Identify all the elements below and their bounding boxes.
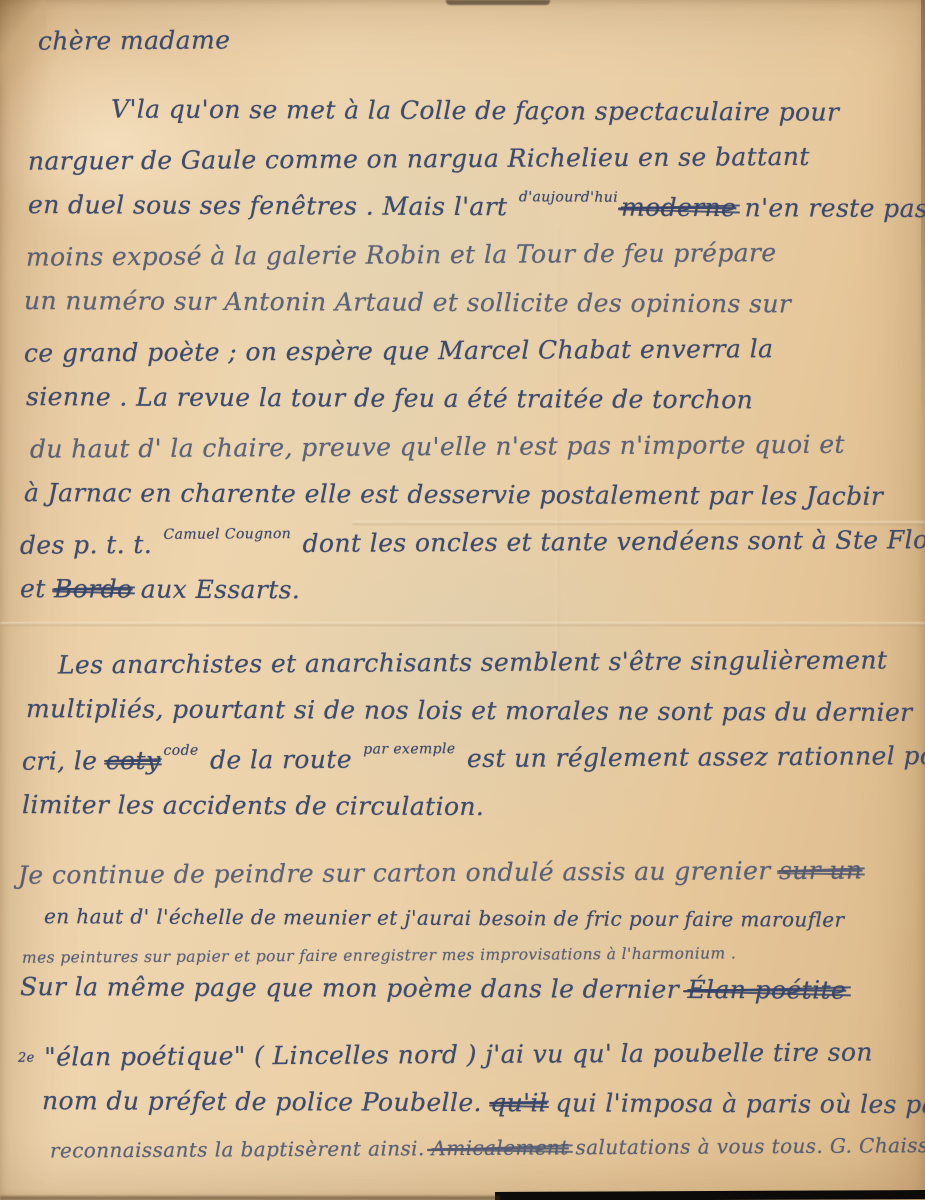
letter-line: en haut d' l'échelle de meunier et j'aur… [16, 904, 911, 948]
letter-line: des p. t. t. Camuel Cougnon dont les onc… [16, 525, 911, 578]
letter-line: limiter les accidents de circulation. [16, 790, 911, 842]
text-segment: en haut d' l'échelle de meunier et j'aur… [44, 904, 845, 931]
interline-insertion: Camuel Cougnon [163, 526, 291, 543]
strikethrough-text: Amicalement [431, 1135, 568, 1160]
text-segment: des p. t. t. [20, 530, 161, 560]
letter-line: et Bordo aux Essarts. [16, 574, 911, 626]
text-segment: cri, le [22, 746, 106, 776]
text-segment: un numéro sur Antonin Artaud et sollicit… [24, 286, 791, 318]
text-segment: du haut d' la chaire, preuve qu'elle n'e… [30, 430, 845, 464]
letter-page: chère madameV'la qu'on se met à la Colle… [0, 0, 925, 1200]
letter-line: ce grand poète ; on espère que Marcel Ch… [16, 333, 911, 386]
interline-insertion: par exemple [363, 741, 455, 758]
text-segment: dont les oncles et tante vendéens sont à… [294, 525, 925, 558]
text-segment: n'en reste pas [736, 193, 925, 223]
strikethrough-text: sur un [779, 856, 863, 886]
letter-line: reconnaissants la baptisèrent ainsi. Ami… [16, 1133, 911, 1178]
letter-line: chère madame [16, 21, 911, 74]
strikethrough-text: qu'il [490, 1088, 547, 1117]
letter-line: multipliés, pourtant si de nos lois et m… [16, 694, 911, 746]
strikethrough-text: moderne [621, 193, 736, 223]
letter-line: Je continue de peindre sur carton ondulé… [16, 855, 911, 908]
text-segment: de la route [202, 745, 361, 775]
interline-insertion: code [163, 743, 198, 759]
text-segment: ce grand poète ; on espère que Marcel Ch… [24, 334, 774, 368]
letter-body: chère madameV'la qu'on se met à la Colle… [0, 0, 925, 1200]
letter-line: nom du préfet de police Poubelle. qu'il … [16, 1086, 911, 1138]
text-segment: qui l'imposa à paris où les parisiens [547, 1088, 925, 1119]
text-segment: aux Essarts. [132, 575, 300, 605]
text-segment: V'la qu'on se met à la Colle de façon sp… [111, 94, 839, 126]
text-segment: Les anarchistes et anarchisants semblent… [58, 645, 888, 679]
text-segment: "élan poétique" ( Lincelles nord ) j'ai … [44, 1037, 873, 1071]
text-segment: est un réglement assez rationnel pour [459, 741, 925, 773]
letter-line: narguer de Gaule comme on nargua Richeli… [16, 141, 911, 194]
strikethrough-text: Bordo [54, 574, 133, 603]
signature: G. Chaissac [830, 1133, 925, 1158]
letter-line: un numéro sur Antonin Artaud et sollicit… [16, 286, 911, 338]
letter-line: Les anarchistes et anarchisants semblent… [16, 645, 911, 698]
margin-note: 2e [18, 1051, 39, 1066]
text-segment: Sur la même page que mon poème dans le d… [20, 972, 688, 1004]
text-segment: et [20, 574, 54, 603]
text-segment: chère madame [38, 25, 231, 55]
interline-insertion: d'aujourd'hui [519, 189, 618, 205]
letter-line: 2e "élan poétique" ( Lincelles nord ) j'… [16, 1037, 911, 1090]
letter-line: moins exposé à la galerie Robin et la To… [16, 237, 911, 290]
letter-line: cri, le cotycode de la route par exemple… [16, 741, 911, 794]
text-segment: Je continue de peindre sur carton ondulé… [18, 856, 779, 890]
letter-line: Sur la même page que mon poème dans le d… [16, 972, 911, 1024]
letter-line: du haut d' la chaire, preuve qu'elle n'e… [16, 429, 911, 482]
letter-line: V'la qu'on se met à la Colle de façon sp… [16, 94, 911, 146]
text-segment: salutations à vous tous. [569, 1134, 830, 1160]
text-segment: nom du préfet de police Poubelle. [42, 1086, 490, 1117]
letter-line: en duel sous ses fenêtres . Mais l'art d… [16, 190, 911, 242]
text-segment: narguer de Gaule comme on nargua Richeli… [28, 142, 810, 176]
text-segment: en duel sous ses fenêtres . Mais l'art [28, 190, 516, 221]
text-segment: sienne . La revue la tour de feu a été t… [26, 382, 753, 414]
text-segment: moins exposé à la galerie Robin et la To… [26, 238, 777, 272]
letter-line: à Jarnac en charente elle est desservie … [16, 478, 911, 530]
text-segment: reconnaissants la baptisèrent ainsi. [50, 1136, 432, 1162]
text-segment: limiter les accidents de circulation. [22, 790, 484, 821]
letter-line: sienne . La revue la tour de feu a été t… [16, 382, 911, 434]
strikethrough-text: coty [106, 746, 161, 775]
text-segment: à Jarnac en charente elle est desservie … [24, 478, 883, 511]
text-segment: mes peintures sur papier et pour faire e… [22, 944, 736, 966]
strikethrough-text: Élan poétite [687, 975, 846, 1005]
text-segment: multipliés, pourtant si de nos lois et m… [26, 694, 913, 727]
